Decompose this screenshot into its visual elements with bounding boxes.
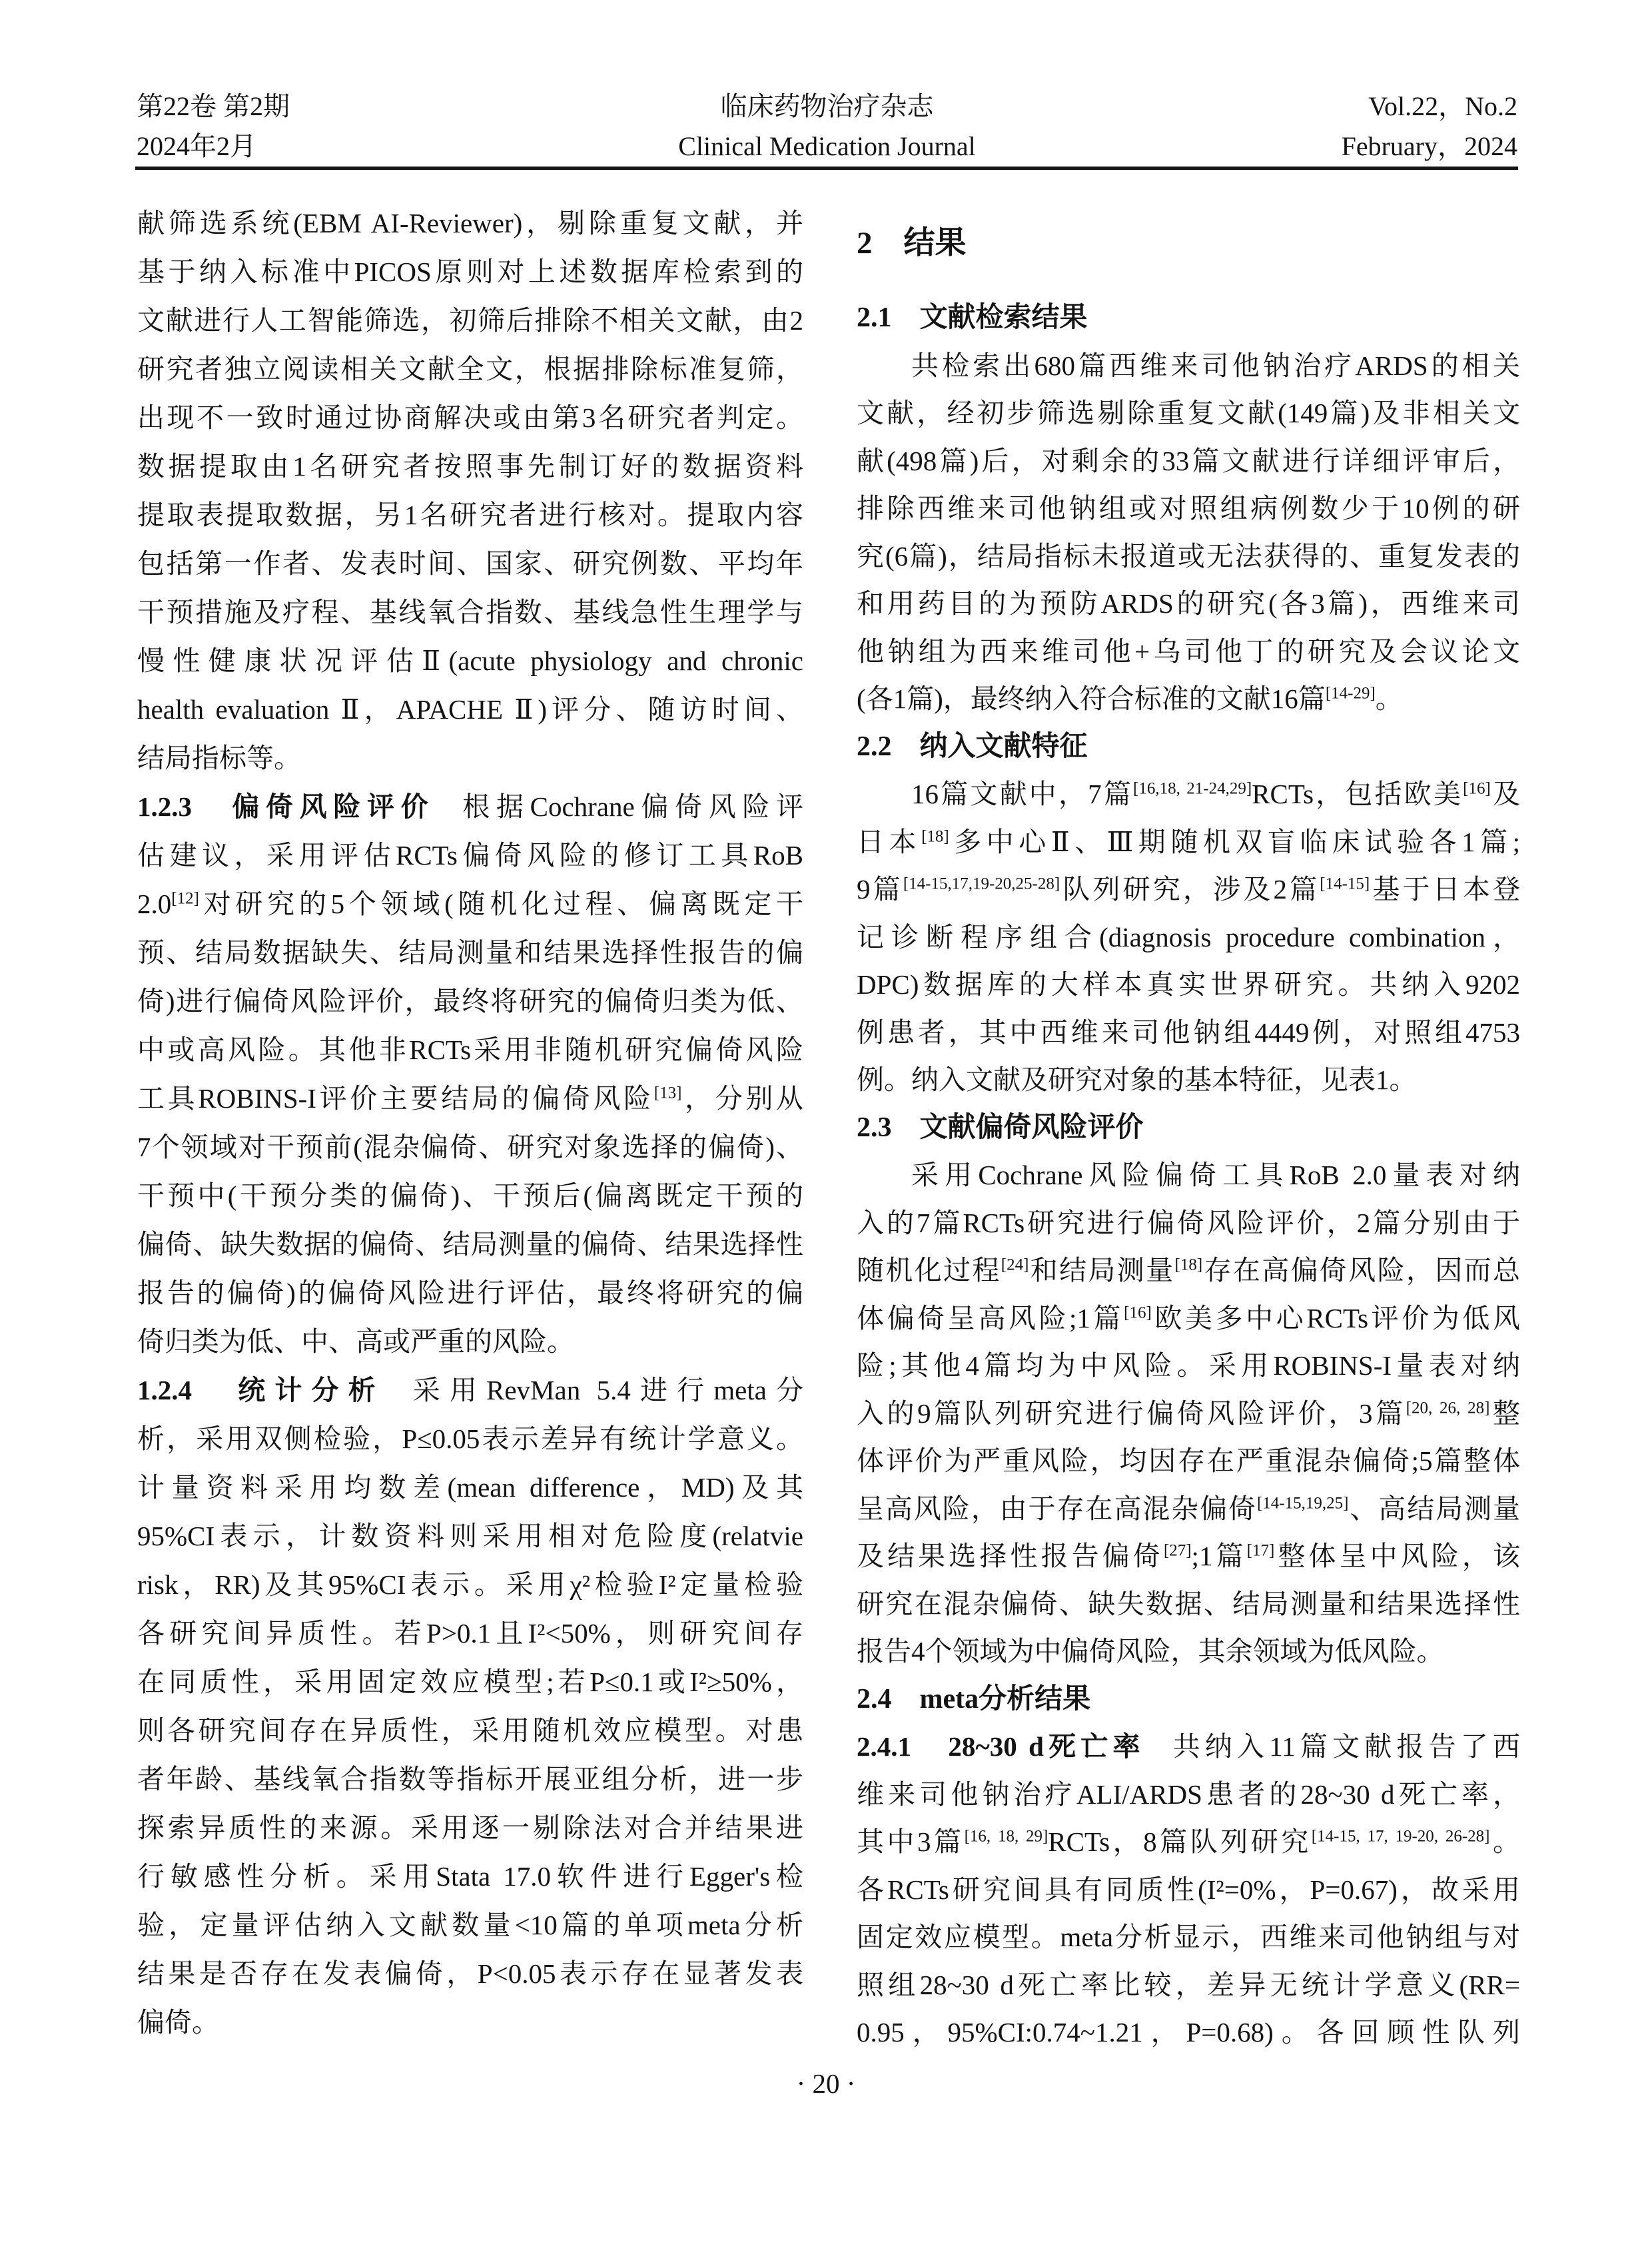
right-text-column: 2 结果2.1 文献检索结果共检索出680篇西维来司他钠治疗ARDS的相关文献，… <box>857 199 1520 2057</box>
text-line: DPC)数据库的大样本真实世界研究。共纳入9202 <box>857 961 1520 1009</box>
reference-superscript: [17] <box>1247 1541 1275 1559</box>
text-line: 文献，经初步筛选剔除重复文献(149篇)及非相关文 <box>857 390 1520 438</box>
text-line: 例。纳入文献及研究对象的基本特征，见表1。 <box>857 1056 1520 1104</box>
text-line: 干预措施及疗程、基线氧合指数、基线急性生理学与 <box>137 588 803 637</box>
text-line: 16篇文献中，7篇[16,18, 21-24,29]RCTs，包括欧美[16]及 <box>857 771 1520 819</box>
header-divider-rule <box>135 167 1518 170</box>
text-line: 数据提取由1名研究者按照事先制订好的数据资料 <box>137 442 803 491</box>
reference-superscript: [12] <box>171 889 199 907</box>
journal-paper-page: 第22卷 第2期 临床药物治疗杂志 Vol.22，No.2 2024年2月 Cl… <box>0 0 1652 2242</box>
reference-superscript: [13] <box>654 1084 682 1102</box>
text-line: 其中3篇[16, 18, 29]RCTs，8篇队列研究[14-15, 17, 1… <box>857 1818 1520 1866</box>
inline-heading-line: 1.2.3 偏倚风险评价根据Cochrane偏倚风险评 <box>137 783 803 831</box>
reference-superscript: [14-15] <box>1320 875 1370 893</box>
text-line: 行敏感性分析。采用Stata 17.0软件进行Egger's检 <box>137 1852 803 1901</box>
text-line: 固定效应模型。meta分析显示，西维来司他钠组与对 <box>857 1914 1520 1962</box>
text-line: 95%CI表示，计数资料则采用相对危险度(relatvie <box>137 1512 803 1561</box>
text-line: 照组28~30 d死亡率比较，差异无统计学意义(RR= <box>857 1962 1520 2010</box>
text-line: 例患者，其中西维来司他钠组4449例，对照组4753 <box>857 1009 1520 1057</box>
running-head-line-2: 2024年2月 Clinical Medication Journal Febr… <box>137 131 1517 163</box>
text-line: 提取表提取数据，另1名研究者进行核对。提取内容 <box>137 491 803 540</box>
text-line: 呈高风险，由于存在高混杂偏倚[14-15,19,25]、高结局测量 <box>857 1485 1520 1533</box>
text-line: 献筛选系统(EBM AI-Reviewer)，剔除重复文献，并 <box>137 199 803 248</box>
header-volume-issue-cn: 第22卷 第2期 <box>137 91 721 123</box>
text-line: 报告的偏倚)的偏倚风险进行评估，最终将研究的偏 <box>137 1269 803 1317</box>
text-line: (各1篇)，最终纳入符合标准的文献16篇[14-29]。 <box>857 675 1520 723</box>
text-line: 倚归类为低、中、高或严重的风险。 <box>137 1317 803 1366</box>
section-heading: 2 结果 <box>857 199 1520 294</box>
text-line: 入的9篇队列研究进行偏倚风险评价，3篇[20, 26, 28]整 <box>857 1390 1520 1438</box>
reference-superscript: [24] <box>1001 1256 1029 1274</box>
text-line: 及结果选择性报告偏倚[27];1篇[17]整体呈中风险，该 <box>857 1533 1520 1581</box>
inline-heading-label: 1.2.4 统计分析 <box>137 1375 385 1405</box>
text-line: 各RCTs研究间具有同质性(I²=0%，P=0.67)，故采用 <box>857 1866 1520 1914</box>
text-line: 排除西维来司他钠组或对照组病例数少于10例的研 <box>857 485 1520 533</box>
text-line: 估建议，采用评估RCTs偏倚风险的修订工具RoB <box>137 831 803 880</box>
text-line: 慢性健康状况评估Ⅱ(acute physiology and chronic <box>137 637 803 685</box>
reference-superscript: [14-15, 17, 19-20, 26-28] <box>1312 1827 1490 1845</box>
text-line: 共检索出680篇西维来司他钠治疗ARDS的相关 <box>857 342 1520 390</box>
text-line: 偏倚。 <box>137 1998 803 2047</box>
inline-heading-line: 1.2.4 统计分析采用RevMan 5.4进行meta分 <box>137 1366 803 1415</box>
text-line: 2.0[12]对研究的5个领域(随机化过程、偏离既定干 <box>137 880 803 929</box>
text-line: 体偏倚呈高风险;1篇[16]欧美多中心RCTs评价为低风 <box>857 1295 1520 1343</box>
reference-superscript: [14-29] <box>1326 684 1376 702</box>
text-line: 9篇[14-15,17,19-20,25-28]队列研究，涉及2篇[14-15]… <box>857 866 1520 914</box>
header-journal-title-cn: 临床药物治疗杂志 <box>721 91 934 123</box>
text-line: health evaluation Ⅱ，APACHE Ⅱ)评分、随访时间、 <box>137 685 803 734</box>
text-line: 预、结局数据缺失、结局测量和结果选择性报告的偏 <box>137 929 803 977</box>
text-line: 出现不一致时通过协商解决或由第3名研究者判定。 <box>137 394 803 442</box>
header-date-cn: 2024年2月 <box>137 131 678 163</box>
text-line: 干预中(干预分类的偏倚)、干预后(偏离既定干预的 <box>137 1172 803 1220</box>
section-heading: 2.1 文献检索结果 <box>857 294 1520 342</box>
left-text-column: 献筛选系统(EBM AI-Reviewer)，剔除重复文献，并基于纳入标准中PI… <box>137 199 803 2047</box>
text-line: 报告4个领域为中偏倚风险，其余领域为低风险。 <box>857 1628 1520 1676</box>
running-head-line-1: 第22卷 第2期 临床药物治疗杂志 Vol.22，No.2 <box>137 91 1517 123</box>
text-line: 各研究间异质性。若P>0.1且I²<50%，则研究间存 <box>137 1609 803 1658</box>
text-line: 日本[18]多中心Ⅱ、Ⅲ期随机双盲临床试验各1篇; <box>857 819 1520 867</box>
text-line: 倚)进行偏倚风险评价，最终将研究的偏倚归类为低、 <box>137 977 803 1026</box>
section-heading: 2.3 文献偏倚风险评价 <box>857 1104 1520 1152</box>
text-line: 和用药目的为预防ARDS的研究(各3篇)，西维来司 <box>857 580 1520 628</box>
text-line: 研究者独立阅读相关文献全文，根据排除标准复筛， <box>137 345 803 394</box>
text-line: 献(498篇)后，对剩余的33篇文献进行详细评审后， <box>857 438 1520 486</box>
text-line: 中或高风险。其他非RCTs采用非随机研究偏倚风险 <box>137 1026 803 1074</box>
text-line: risk，RR)及其95%CI表示。采用χ²检验I²定量检验 <box>137 1561 803 1609</box>
text-line: 验，定量评估纳入文献数量<10篇的单项meta分析 <box>137 1901 803 1950</box>
text-line: 随机化过程[24]和结局测量[18]存在高偏倚风险，因而总 <box>857 1247 1520 1295</box>
reference-superscript: [16] <box>1124 1304 1152 1321</box>
reference-superscript: [16] <box>1463 779 1491 797</box>
text-line: 采用Cochrane风险偏倚工具RoB 2.0量表对纳 <box>857 1152 1520 1200</box>
inline-heading-label: 2.4.1 28~30 d死亡率 <box>857 1731 1145 1762</box>
text-line: 7个领域对干预前(混杂偏倚、研究对象选择的偏倚)、 <box>137 1123 803 1172</box>
reference-superscript: [16, 18, 29] <box>965 1827 1048 1845</box>
reference-superscript: [27] <box>1164 1541 1192 1559</box>
section-heading: 2.4 meta分析结果 <box>857 1676 1520 1724</box>
inline-heading-line: 2.4.1 28~30 d死亡率共纳入11篇文献报告了西 <box>857 1723 1520 1771</box>
text-line: 研究在混杂偏倚、缺失数据、结局测量和结果选择性 <box>857 1581 1520 1629</box>
text-line: 结果是否存在发表偏倚，P<0.05表示存在显著发表 <box>137 1950 803 1998</box>
reference-superscript: [14-15,17,19-20,25-28] <box>903 875 1060 893</box>
text-line: 维来司他钠治疗ALI/ARDS患者的28~30 d死亡率， <box>857 1771 1520 1819</box>
reference-superscript: [14-15,19,25] <box>1257 1494 1348 1512</box>
text-line: 探索异质性的来源。采用逐一剔除法对合并结果进 <box>137 1804 803 1852</box>
section-heading: 2.2 纳入文献特征 <box>857 723 1520 771</box>
text-line: 包括第一作者、发表时间、国家、研究例数、平均年龄、 <box>137 540 803 588</box>
page-footer: · 20 · <box>0 2065 1652 2102</box>
page-number: · 20 · <box>797 2068 856 2099</box>
text-line: 险;其他4篇均为中风险。采用ROBINS-I量表对纳 <box>857 1342 1520 1390</box>
text-line: 基于纳入标准中PICOS原则对上述数据库检索到的 <box>137 248 803 296</box>
text-line: 者年龄、基线氧合指数等指标开展亚组分析，进一步 <box>137 1755 803 1804</box>
text-line: 究(6篇)，结局指标未报道或无法获得的、重复发表的 <box>857 533 1520 581</box>
header-date-en: February，2024 <box>976 131 1517 163</box>
reference-superscript: [16,18, 21-24,29] <box>1133 779 1252 797</box>
text-line: 偏倚、缺失数据的偏倚、结局测量的偏倚、结果选择性 <box>137 1220 803 1269</box>
text-line: 文献进行人工智能筛选，初筛后排除不相关文献，由2名 <box>137 296 803 345</box>
reference-superscript: [18] <box>1175 1256 1203 1274</box>
text-line: 他钠组为西来维司他+乌司他丁的研究及会议论文 <box>857 628 1520 676</box>
reference-superscript: [18] <box>921 827 949 845</box>
header-journal-title-en: Clinical Medication Journal <box>678 131 976 163</box>
text-line: 0.95，95%CI:0.74~1.21，P=0.68)。各回顾性队列 <box>857 2009 1520 2057</box>
text-line: 入的7篇RCTs研究进行偏倚风险评价，2篇分别由于 <box>857 1200 1520 1248</box>
header-volume-issue-en: Vol.22，No.2 <box>934 91 1518 123</box>
text-line: 体评价为严重风险，均因存在严重混杂偏倚;5篇整体 <box>857 1437 1520 1485</box>
text-line: 在同质性，采用固定效应模型;若P≤0.1或I²≥50%， <box>137 1658 803 1706</box>
text-line: 则各研究间存在异质性，采用随机效应模型。对患 <box>137 1706 803 1755</box>
text-line: 记诊断程序组合(diagnosis procedure combination， <box>857 914 1520 962</box>
text-line: 析，采用双侧检验，P≤0.05表示差异有统计学意义。 <box>137 1415 803 1463</box>
text-line: 工具ROBINS-I评价主要结局的偏倚风险[13]，分别从 <box>137 1074 803 1123</box>
text-line: 结局指标等。 <box>137 734 803 783</box>
reference-superscript: [20, 26, 28] <box>1406 1399 1490 1417</box>
text-line: 计量资料采用均数差(mean difference，MD)及其 <box>137 1463 803 1512</box>
inline-heading-label: 1.2.3 偏倚风险评价 <box>137 791 434 822</box>
